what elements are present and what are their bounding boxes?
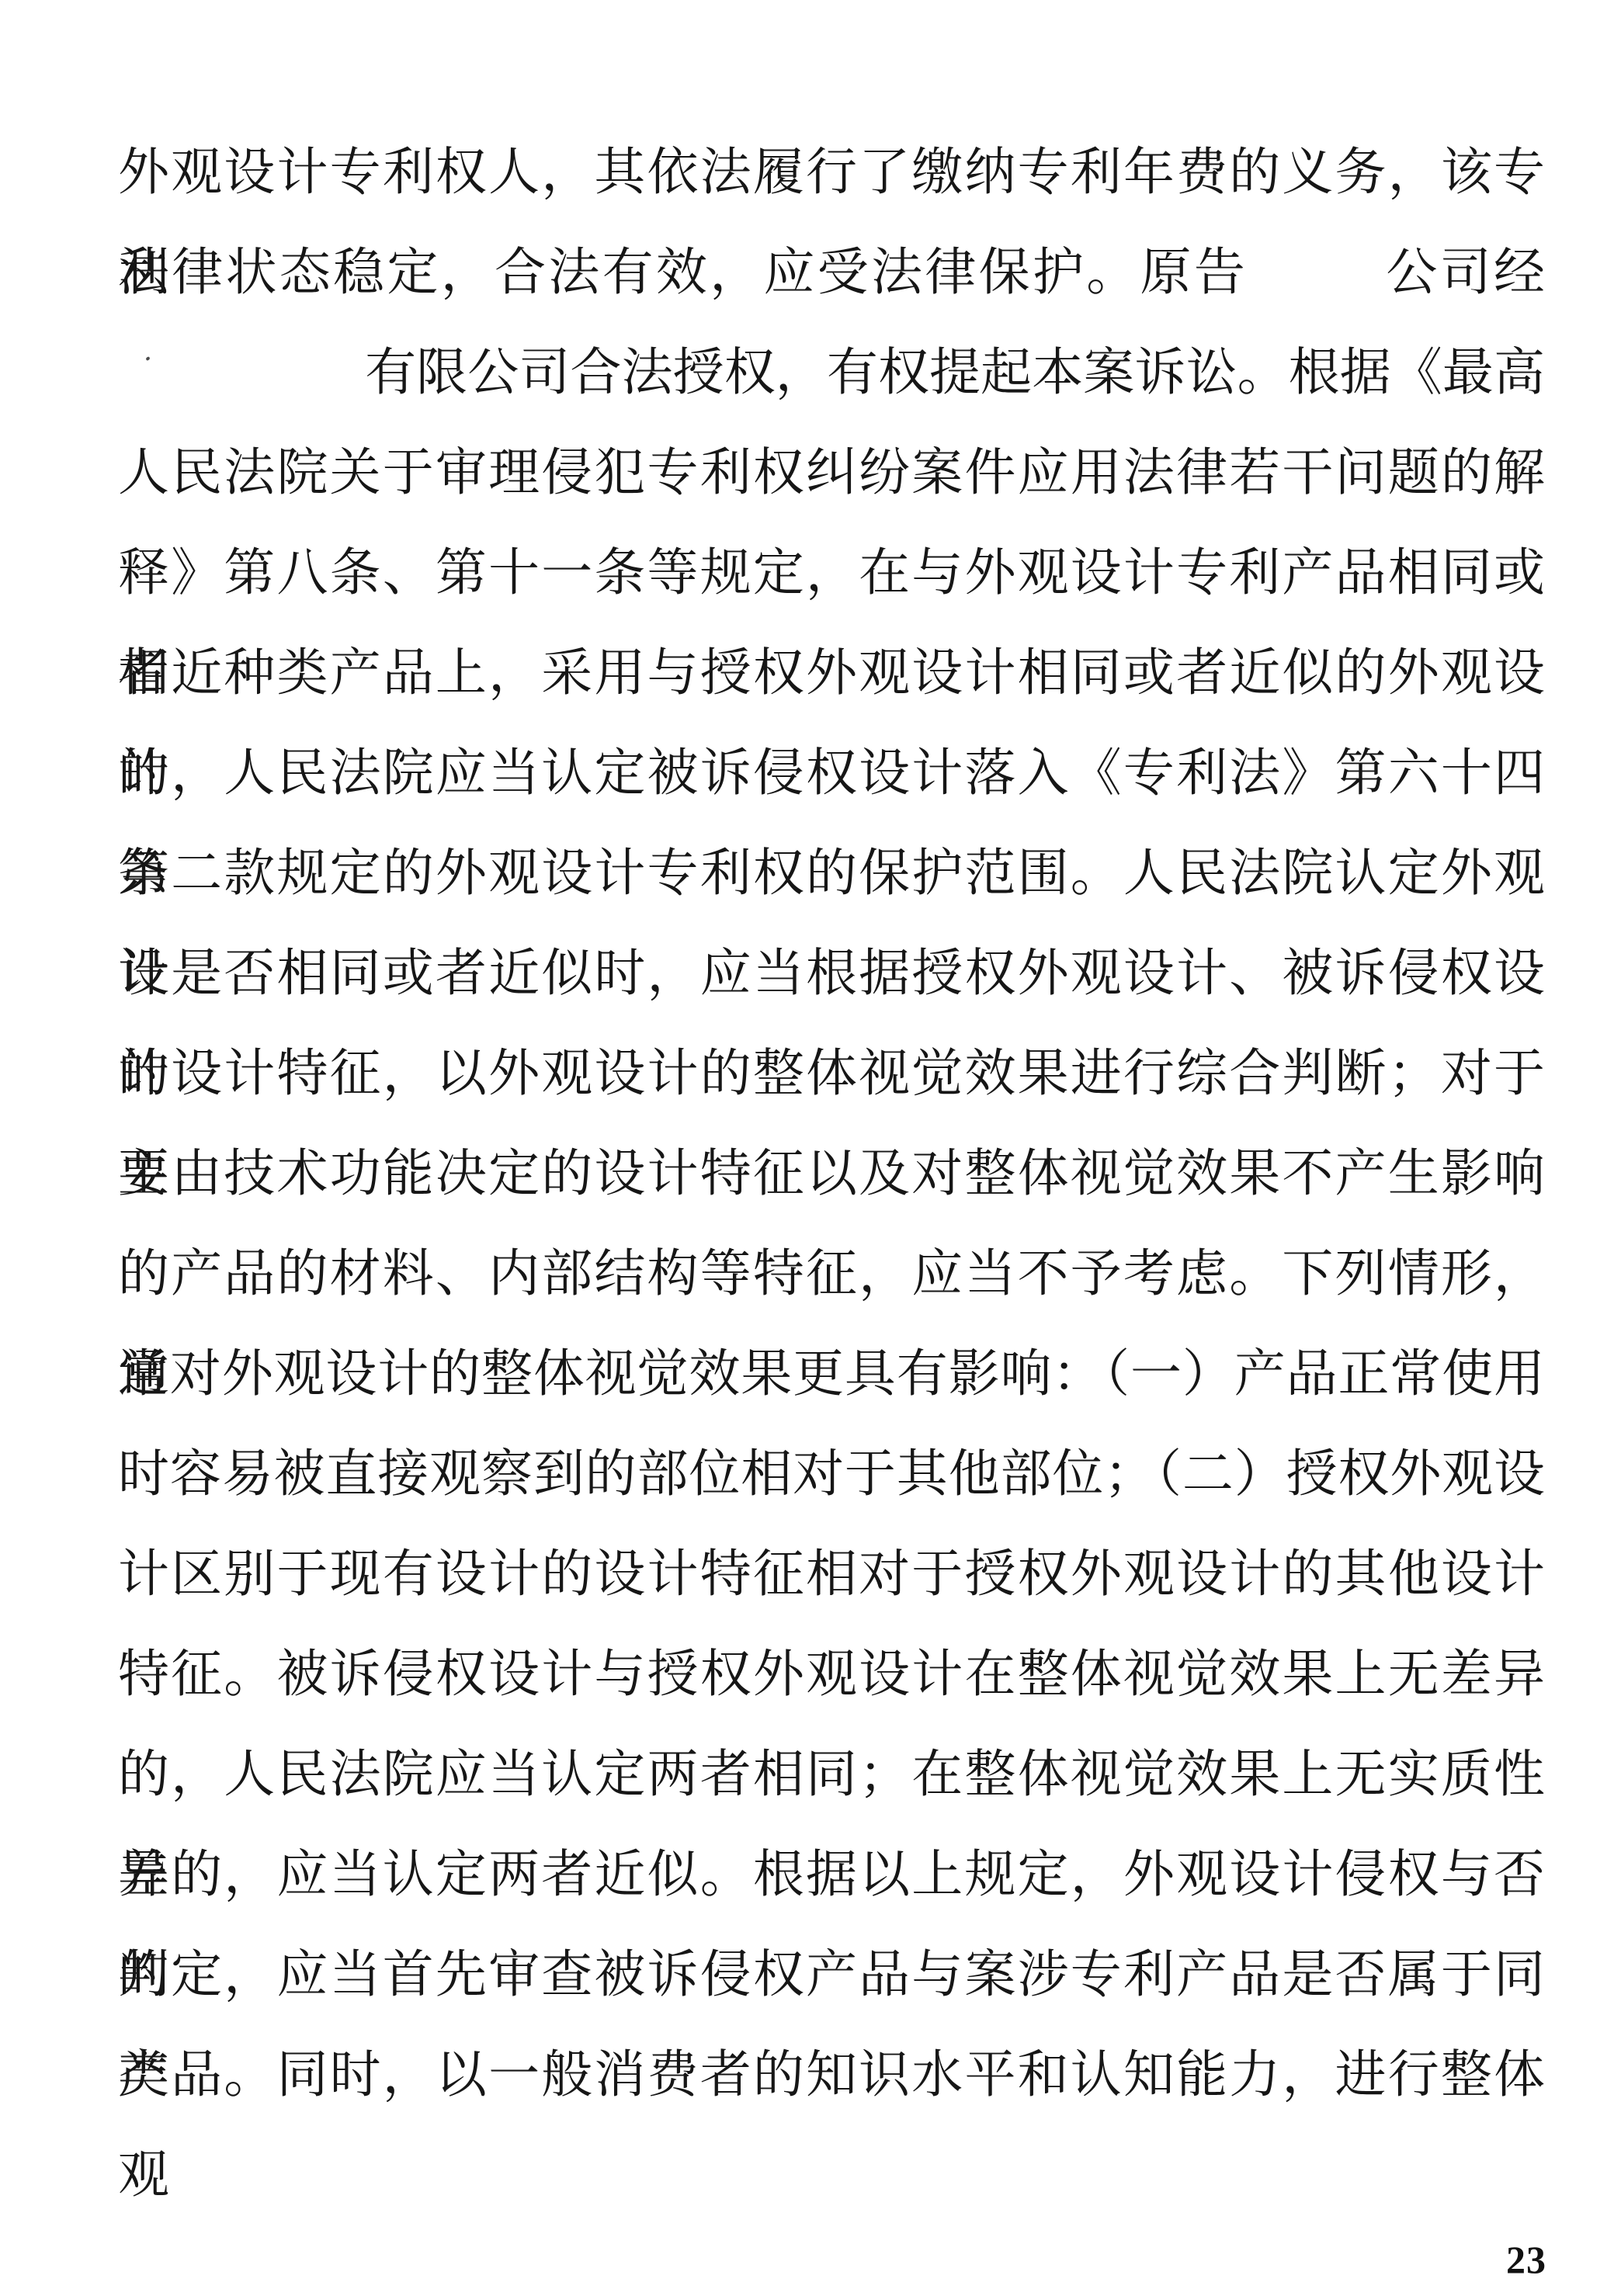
text-line: 计区别于现有设计的设计特征相对于授权外观设计的其他设计	[118, 1524, 1545, 1625]
text-line: 的设计特征，以外观设计的整体视觉效果进行综合判断；对于主	[118, 1024, 1545, 1124]
paragraph-continuation: 外观设计专利权人，其依法履行了缴纳专利年费的义务，该专利 法律状态稳定，合法有效…	[118, 123, 1545, 2125]
line-text: 有限公司合法授权，有权提起本案诉讼。根据《最高	[365, 345, 1545, 401]
text-line: 特征。被诉侵权设计与授权外观设计在整体视觉效果上无差异	[118, 1625, 1545, 1725]
line-text: 计区别于现有设计的设计特征相对于授权外观设计的其他设计	[118, 1546, 1545, 1603]
text-line: 第二款规定的外观设计专利权的保护范围。人民法院认定外观设	[118, 824, 1545, 924]
text-line: 判定，应当首先审查被诉侵权产品与案涉专利产品是否属于同类	[118, 1925, 1545, 2025]
line-text: 时容易被直接观察到的部位相对于其他部位；（二）授权外观设	[118, 1446, 1545, 1503]
text-line: 要由技术功能决定的设计特征以及对整体视觉效果不产生影响	[118, 1124, 1545, 1224]
redacted-blank	[1248, 289, 1383, 290]
text-line: 人民法院关于审理侵犯专利权纠纷案件应用法律若干问题的解	[118, 423, 1545, 523]
text-line: 产品。同时，以一般消费者的知识水平和认知能力，进行整体观	[118, 2025, 1545, 2125]
text-line: 释》第八条、第十一条等规定，在与外观设计专利产品相同或者	[118, 523, 1545, 623]
text-line: 计是否相同或者近似时，应当根据授权外观设计、被诉侵权设计	[118, 924, 1545, 1024]
text-line: 异的，应当认定两者近似。根据以上规定，外观设计侵权与否的	[118, 1825, 1545, 1925]
text-line: 常对外观设计的整体视觉效果更具有影响：（一）产品正常使用	[118, 1324, 1545, 1424]
line-text: 人民法院关于审理侵犯专利权纠纷案件应用法律若干问题的解	[118, 445, 1545, 501]
text-line: 的，人民法院应当认定两者相同；在整体视觉效果上无实质性差	[118, 1725, 1545, 1825]
line-text: 要由技术功能决定的设计特征以及对整体视觉效果不产生影响	[118, 1146, 1545, 1202]
line-text: 法律状态稳定，合法有效，应受法律保护。原告	[118, 245, 1248, 301]
line-text: 特征。被诉侵权设计与授权外观设计在整体视觉效果上无差异	[118, 1646, 1545, 1703]
document-page: 外观设计专利权人，其依法履行了缴纳专利年费的义务，该专利 法律状态稳定，合法有效…	[0, 0, 1621, 2296]
page-number: 23	[1506, 2237, 1546, 2282]
text-line: 的，人民法院应当认定被诉侵权设计落入《专利法》第六十四条	[118, 723, 1545, 824]
line-text: 公司经	[1383, 245, 1545, 301]
text-line: 相近种类产品上，采用与授权外观设计相同或者近似的外观设计	[118, 623, 1545, 723]
text-line: 外观设计专利权人，其依法履行了缴纳专利年费的义务，该专利	[118, 123, 1545, 223]
text-line: 时容易被直接观察到的部位相对于其他部位；（二）授权外观设	[118, 1424, 1545, 1524]
redacted-blank	[118, 389, 365, 390]
line-text: 产品。同时，以一般消费者的知识水平和认知能力，进行整体观	[118, 2047, 1545, 2204]
text-line: 法律状态稳定，合法有效，应受法律保护。原告公司经	[118, 223, 1545, 323]
text-line: 有限公司合法授权，有权提起本案诉讼。根据《最高	[118, 323, 1545, 423]
line-text: 常对外观设计的整体视觉效果更具有影响：（一）产品正常使用	[118, 1346, 1545, 1403]
text-line: 的产品的材料、内部结构等特征，应当不予考虑。下列情形，通	[118, 1224, 1545, 1324]
